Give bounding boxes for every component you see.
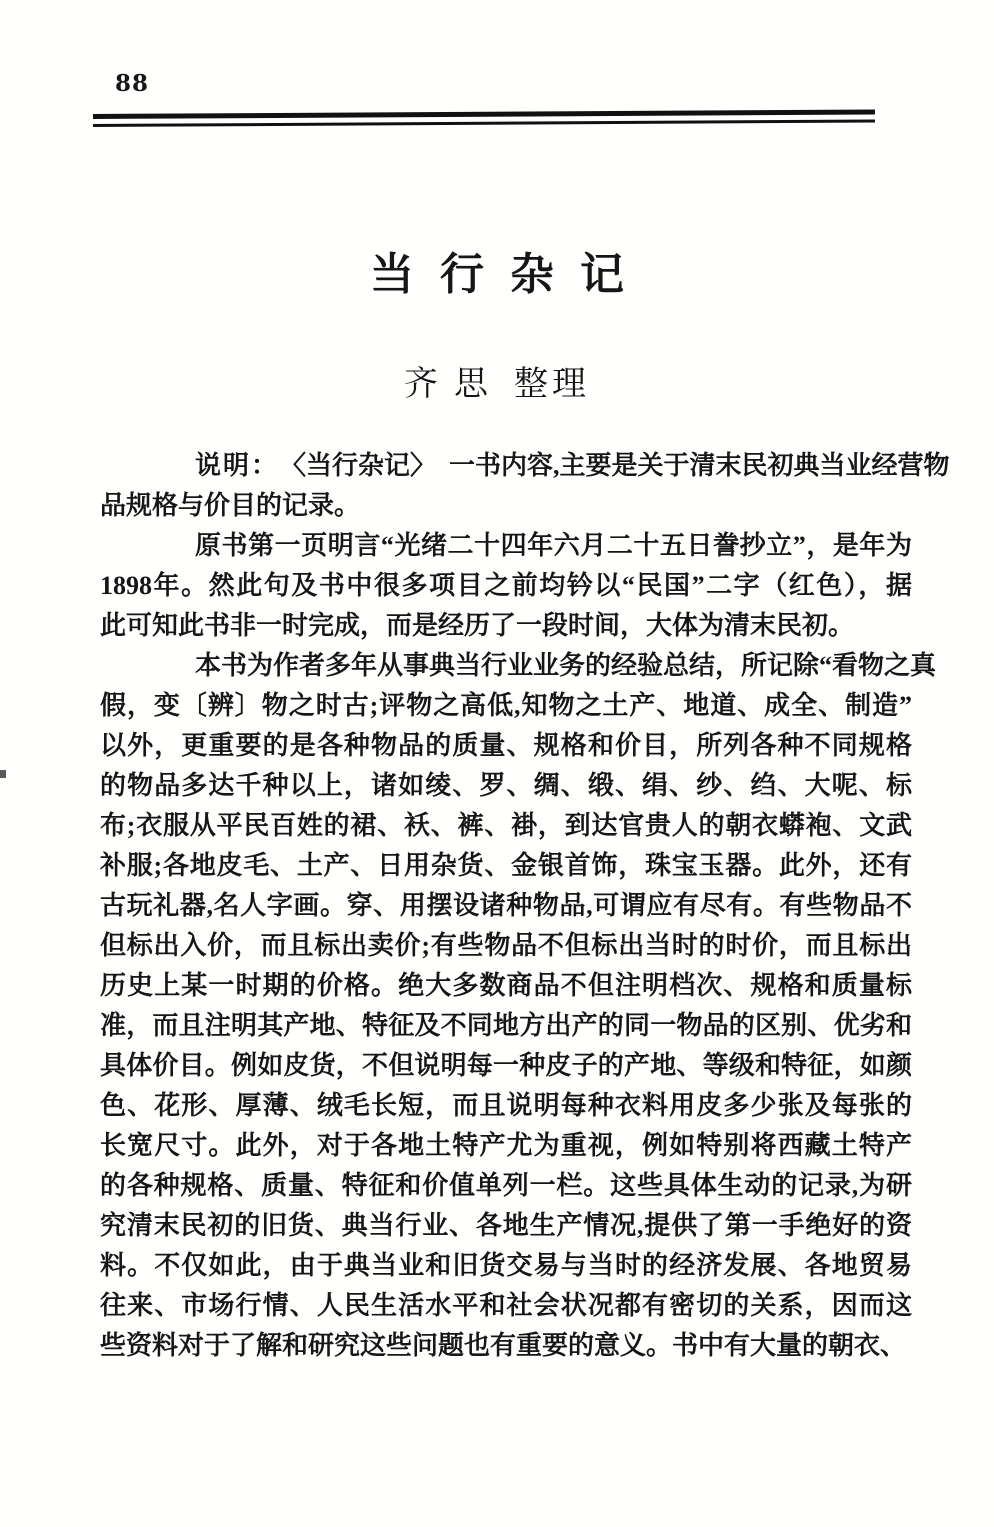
body-line: 原书第一页明言“光绪二十四年六月二十五日誊抄立”，是年为 (100, 526, 912, 566)
body-line: 准，而且注明其产地、特征及不同地方出产的同一物品的区别、优劣和 (100, 1006, 912, 1046)
body-line: 此可知此书非一时完成，而是经历了一段时间，大体为清末民初。 (100, 606, 912, 646)
scan-artifact (0, 770, 6, 778)
scanned-book-page: 88 当行杂记 齐思整理 说明：〈当行杂记〉 一书内容,主要是关于清末民初典当业… (0, 0, 994, 1527)
body-line: 究清末民初的旧货、典当行业、各地生产情况,提供了第一手绝好的资 (100, 1206, 912, 1246)
body-line: 往来、市场行情、人民生活水平和社会状况都有密切的关系，因而这 (100, 1286, 912, 1326)
body-line: 料。不仅如此，由于典当业和旧货交易与当时的经济发展、各地贸易 (100, 1246, 912, 1286)
body-line: 品规格与价目的记录。 (100, 486, 912, 526)
page-number: 88 (115, 70, 149, 97)
body-line: 历史上某一时期的价格。绝大多数商品不但注明档次、规格和质量标 (100, 966, 912, 1006)
byline-author: 齐思 (404, 366, 504, 403)
byline-role: 整理 (514, 366, 590, 403)
body-line: 本书为作者多年从事典当行业业务的经验总结，所记除“看物之真 (100, 646, 912, 686)
body-line: 补服;各地皮毛、土产、日用杂货、金银首饰，珠宝玉器。此外，还有 (100, 846, 912, 886)
body-line: 1898年。然此句及书中很多项目之前均钤以“民国”二字（红色），据 (100, 566, 912, 606)
body-line: 说明：〈当行杂记〉 一书内容,主要是关于清末民初典当业经营物 (100, 446, 912, 486)
byline: 齐思整理 (0, 356, 994, 405)
body-line: 以外，更重要的是各种物品的质量、规格和价目，所列各种不同规格 (100, 726, 912, 766)
body-line: 具体价目。例如皮货，不但说明每一种皮子的产地、等级和特征，如颜 (100, 1046, 912, 1086)
header-rule-top (93, 109, 875, 119)
body-text: 说明：〈当行杂记〉 一书内容,主要是关于清末民初典当业经营物品规格与价目的记录。… (100, 446, 912, 1366)
body-line: 些资料对于了解和研究这些问题也有重要的意义。书中有大量的朝衣、 (100, 1326, 912, 1366)
body-line: 色、花形、厚薄、绒毛长短，而且说明每种衣料用皮多少张及每张的 (100, 1086, 912, 1126)
header-rule-bottom (93, 119, 875, 126)
body-line: 长宽尺寸。此外，对于各地土特产尤为重视，例如特别将西藏土特产 (100, 1126, 912, 1166)
body-line: 但标出入价，而且标出卖价;有些物品不但标出当时的时价，而且标出 (100, 926, 912, 966)
page-title: 当行杂记 (0, 238, 994, 302)
paragraph-lead-label: 说明： (195, 451, 279, 481)
body-line: 古玩礼器,名人字画。穿、用摆设诸种物品,可谓应有尽有。有些物品不 (100, 886, 912, 926)
body-line: 假，变〔辨〕物之时古;评物之高低,知物之土产、地道、成全、制造” (100, 686, 912, 726)
body-line: 的物品多达千种以上，诸如绫、罗、绸、缎、绢、纱、绉、大呢、标 (100, 766, 912, 806)
body-line: 布;衣服从平民百姓的裙、袄、裤、褂，到达官贵人的朝衣蟒袍、文武 (100, 806, 912, 846)
body-line: 的各种规格、质量、特征和价值单列一栏。这些具体生动的记录,为研 (100, 1166, 912, 1206)
